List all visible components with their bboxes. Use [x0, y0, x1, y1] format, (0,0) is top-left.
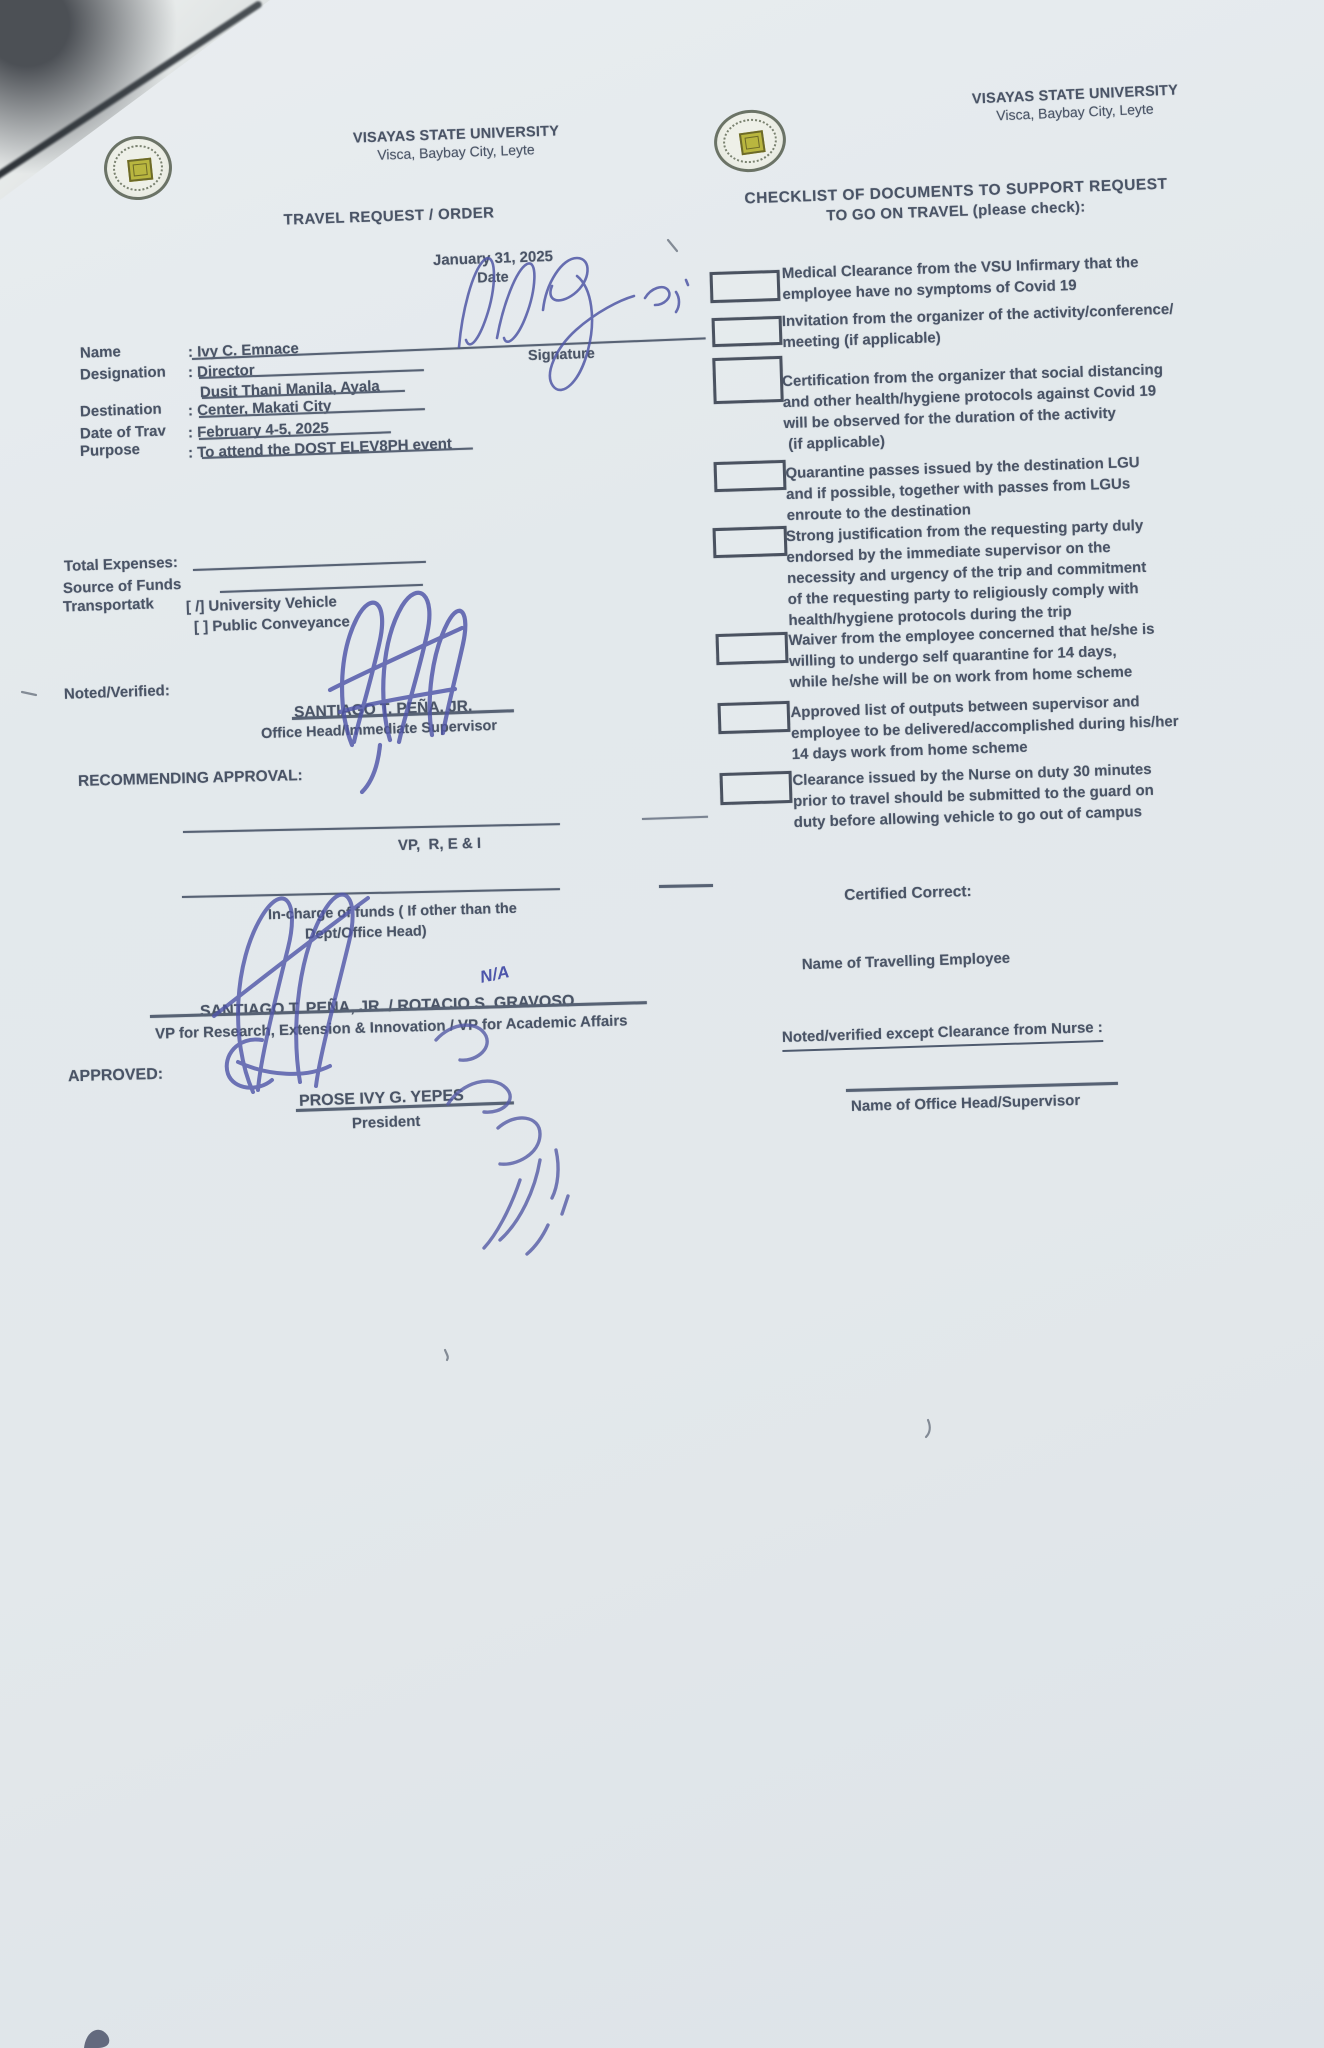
university-seal-left	[101, 133, 175, 204]
noted-verified-label: Noted/Verified:	[64, 682, 170, 704]
purpose-label: Purpose	[80, 441, 141, 462]
total-expenses-label: Total Expenses:	[64, 554, 179, 577]
office-head-signature-line	[846, 1082, 1118, 1092]
vp-rei-signature-line	[183, 823, 560, 833]
checklist-item-text: Invitation from the organizer of the act…	[781, 295, 1302, 353]
incharge-signature-line	[182, 888, 560, 898]
checkbox-invitation	[712, 316, 783, 347]
scanned-travel-request-document: VISAYAS STATE UNIVERSITY Visca, Baybay C…	[0, 0, 1324, 2048]
checkbox-quarantine-passes	[714, 460, 787, 492]
stray-line-mark	[642, 816, 708, 820]
checkbox-strong-justification	[713, 526, 788, 558]
seal-emblem	[739, 130, 766, 155]
name-value: : Ivy C. Emnace	[188, 340, 299, 363]
university-seal-right	[710, 105, 790, 176]
checklist-item-text: Strong justification from the requesting…	[785, 510, 1308, 631]
na-handwritten-note: N/A	[478, 961, 511, 988]
date-label: Date	[420, 266, 567, 289]
approved-label: APPROVED:	[68, 1065, 164, 1087]
destination-label: Destination	[80, 401, 162, 423]
signature-president	[436, 1025, 568, 1254]
transportation-label: Transportatk	[63, 595, 154, 617]
vp-rei-title: VP, R, E & I	[398, 835, 482, 856]
destination-value: : Center, Makati City	[188, 398, 332, 422]
source-of-funds-line	[220, 584, 423, 593]
signature-label: Signature	[528, 345, 595, 365]
name-label: Name	[80, 343, 121, 363]
checkbox-medical-clearance	[710, 270, 781, 303]
office-head-label: Name of Office Head/Supervisor	[851, 1092, 1081, 1117]
total-expenses-line	[193, 561, 426, 571]
designation-value: : Director	[188, 362, 255, 383]
president-title: President	[352, 1113, 421, 1134]
bottom-edge-smudge	[84, 2030, 109, 2048]
certified-correct-label: Certified Correct:	[818, 881, 999, 906]
source-of-funds-label: Source of Funds	[63, 576, 182, 599]
transportation-public-option: [ ] Public Conveyance	[194, 613, 350, 637]
checklist-item-text: Approved list of outputs between supervi…	[790, 686, 1312, 765]
recommending-approval-label: RECOMMENDING APPROVAL:	[78, 766, 303, 791]
designation-label: Designation	[80, 364, 166, 386]
checkbox-approved-outputs	[718, 701, 791, 734]
incharge-of-funds-line1: In-charge of funds ( If other than the	[268, 900, 517, 925]
checklist-item-text: Clearance issued by the Nurse on duty 30…	[792, 754, 1314, 833]
checkbox-nurse-clearance	[720, 771, 793, 805]
noted-except-nurse-label: Noted/verified except Clearance from Nur…	[782, 1019, 1104, 1052]
travelling-employee-label: Name of Travelling Employee	[795, 950, 1017, 976]
checkbox-certification	[712, 356, 783, 404]
form-title: TRAVEL REQUEST / ORDER	[263, 204, 516, 232]
seal-emblem	[127, 158, 153, 182]
checkbox-waiver	[716, 632, 789, 665]
checklist-item-text: Certification from the organizer that so…	[782, 355, 1304, 455]
incharge-of-funds-line2: Dept/Office Head)	[305, 922, 427, 943]
stray-line-mark	[659, 884, 713, 888]
signature-office-head	[330, 593, 465, 792]
